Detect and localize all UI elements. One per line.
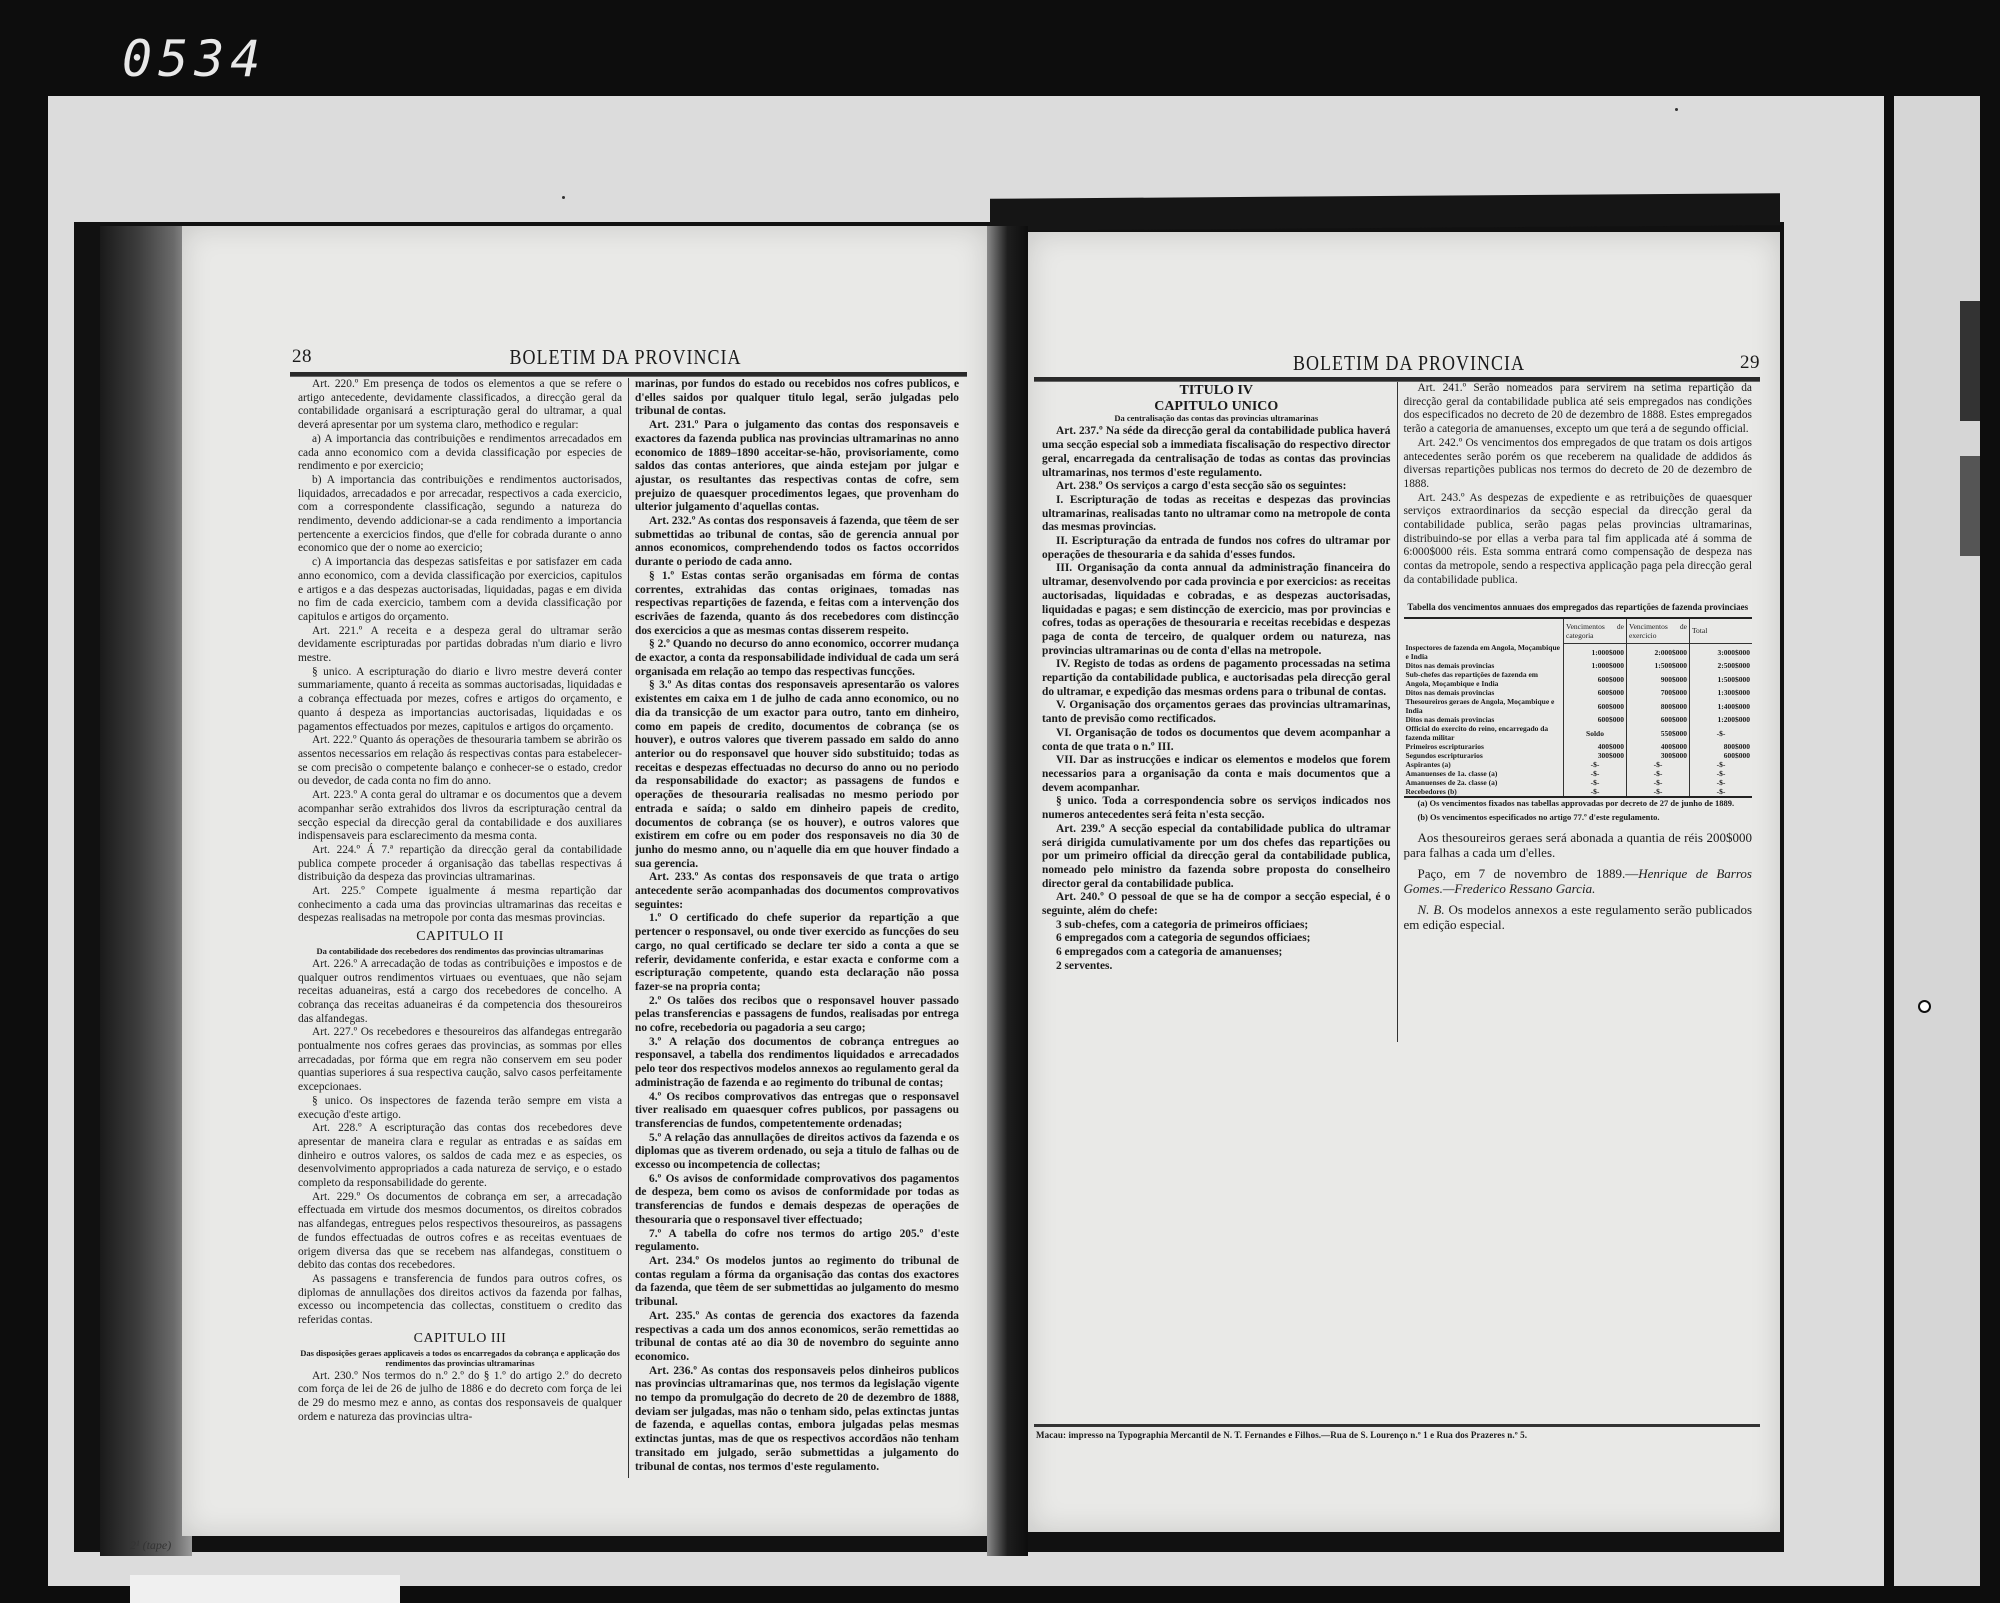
paragraph: Art. 220.º Em presença de todos os eleme… [298, 378, 622, 433]
amount-cell: 1:500$000 [1627, 661, 1690, 670]
paragraph: Art. 227.º Os recebedores e thesoureiros… [298, 1026, 622, 1095]
row-label: Inspectores de fazenda em Angola, Moçamb… [1404, 643, 1564, 661]
paragraph: § unico. Toda a correspondencia sobre os… [1042, 795, 1391, 822]
amount-cell: -$- [1627, 778, 1690, 787]
paragraph: Art. 240.º O pessoal de que se ha de com… [1042, 891, 1391, 918]
table-row: Primeiros escripturarios400$000400$00080… [1404, 742, 1753, 751]
frame-number: 0534 [122, 30, 266, 88]
articles-241-243: Art. 241.º Serão nomeados para servirem … [1404, 382, 1753, 588]
paragraph: 2.º Os talões dos recibos que o responsa… [635, 995, 959, 1036]
amount-cell: 1:200$000 [1690, 715, 1753, 724]
page-header: 28 BOLETIM DA PROVINCIA [182, 344, 987, 368]
nb-label: N. B. [1418, 902, 1445, 917]
column-right: marinas, por fundos do estado ou recebid… [628, 378, 965, 1478]
table-row: Ditos nas demais provincias1:000$0001:50… [1404, 661, 1753, 670]
amount-cell: -$- [1690, 787, 1753, 797]
paragraph: Art. 224.º Á 7.ª repartição da direcção … [298, 844, 622, 885]
section-heading: CAPITULO III [298, 1332, 622, 1346]
table-title: Tabella dos vencimentos annuaes dos empr… [1404, 602, 1753, 613]
nb-text: Os modelos annexos a este regulamento se… [1404, 902, 1753, 932]
paragraph: c) A importancia das despezas satisfeita… [298, 556, 622, 625]
row-label: Primeiros escripturarios [1404, 742, 1564, 751]
amount-cell: -$- [1564, 778, 1627, 787]
paragraph: VI. Organisação de todos os documentos q… [1042, 727, 1391, 754]
footnote-a: (a) Os vencimentos fixados nas tabellas … [1404, 798, 1753, 808]
paragraph: Art. 230.º Nos termos do n.º 2.º do § 1.… [298, 1370, 622, 1425]
column-left: TITULO IVCAPITULO UNICODa centralisação … [1036, 382, 1397, 1022]
column-right: Art. 241.º Serão nomeados para servirem … [1397, 382, 1759, 1042]
amount-cell: 600$000 [1564, 688, 1627, 697]
row-label: Official do exercito do reino, encarrega… [1404, 724, 1564, 742]
column-header: Vencimentos de exercicio [1627, 618, 1690, 644]
edge-shadow [1960, 301, 1980, 421]
row-label: Segundos escripturarios [1404, 751, 1564, 760]
paragraph: 1.º O certificado do chefe superior da r… [635, 912, 959, 994]
binding-shadow [100, 226, 192, 1556]
text-columns: TITULO IVCAPITULO UNICODa centralisação … [1036, 382, 1758, 1042]
paragraph: Art. 232.º As contas dos responsaveis á … [635, 515, 959, 570]
paragraph: Art. 241.º Serão nomeados para servirem … [1404, 382, 1753, 437]
table-row: Aspirantes (a)-$--$--$- [1404, 760, 1753, 769]
amount-cell: 600$000 [1564, 697, 1627, 715]
paragraph: 7.º A tabella do cofre nos termos do art… [635, 1228, 959, 1255]
signoff-place-date: Paço, em 7 de novembro de 1889.— [1418, 866, 1639, 881]
amount-cell: 800$000 [1690, 742, 1753, 751]
paragraph: As passagens e transferencia de fundos p… [298, 1273, 622, 1328]
amount-cell: 800$000 [1627, 697, 1690, 715]
amount-cell: 600$000 [1564, 715, 1627, 724]
table-row: Ditos nas demais provincias600$000700$00… [1404, 688, 1753, 697]
row-label: Amanuenses de 1a. classe (a) [1404, 769, 1564, 778]
amount-cell: 2:500$000 [1690, 661, 1753, 670]
section-subtitle: Da centralisação das contas das provinci… [1042, 413, 1391, 423]
amount-cell: -$- [1690, 778, 1753, 787]
paragraph: VII. Dar as instrucções e indicar os ele… [1042, 754, 1391, 795]
paragraph: Art. 225.º Compete igualmente á mesma re… [298, 885, 622, 926]
header-rule [290, 372, 967, 377]
paragraph: 3 sub-chefes, com a categoria de primeir… [1042, 919, 1391, 933]
section-heading: CAPITULO UNICO [1042, 400, 1391, 414]
paragraph: I. Escripturação de todas as receitas e … [1042, 494, 1391, 535]
column-left: Art. 220.º Em presença de todos os eleme… [292, 378, 628, 1478]
amount-cell: 600$000 [1627, 715, 1690, 724]
paragraph: Art. 235.º As contas de gerencia dos exa… [635, 1310, 959, 1365]
paragraph: IV. Registo de todas as ordens de pagame… [1042, 658, 1391, 699]
printer-imprint: Macau: impresso na Typographia Mercantil… [1036, 1430, 1760, 1440]
table-row: Official do exercito do reino, encarrega… [1404, 724, 1753, 742]
amount-cell: -$- [1627, 769, 1690, 778]
paragraph: § 2.º Quando no decurso do anno economic… [635, 638, 959, 679]
paragraph: 5.º A relação das annullações de direito… [635, 1132, 959, 1173]
row-label: Ditos nas demais provincias [1404, 661, 1564, 670]
left-page: 28 BOLETIM DA PROVINCIA Art. 220.º Em pr… [182, 226, 987, 1536]
amount-cell: 400$000 [1627, 742, 1690, 751]
section-subtitle: Das disposições geraes applicaveis a tod… [298, 1348, 622, 1368]
paragraph: Art. 233.º As contas dos responsaveis de… [635, 871, 959, 912]
running-title: BOLETIM DA PROVINCIA [509, 345, 741, 370]
paragraph: § unico. Os inspectores de fazenda terão… [298, 1095, 622, 1122]
book-gutter [987, 226, 1028, 1556]
paragraph: Art. 222.º Quanto ás operações de thesou… [298, 734, 622, 789]
amount-cell: 1:000$000 [1564, 661, 1627, 670]
table-row: Amanuenses de 2a. classe (a)-$--$--$- [1404, 778, 1753, 787]
paragraph: Art. 243.º As despezas de expediente e a… [1404, 492, 1753, 588]
table-row: Thesoureiros geraes de Angola, Moçambiqu… [1404, 697, 1753, 715]
table-row: Ditos nas demais provincias600$000600$00… [1404, 715, 1753, 724]
column-header: Total [1690, 618, 1753, 644]
table-row: Segundos escripturarios300$000300$000600… [1404, 751, 1753, 760]
right-page: BOLETIM DA PROVINCIA 29 TITULO IVCAPITUL… [1028, 232, 1780, 1532]
salary-table: Vencimentos de categoriaVencimentos de e… [1404, 617, 1753, 799]
section-heading: CAPITULO II [298, 930, 622, 944]
paragraph: § unico. A escripturação do diario e liv… [298, 666, 622, 735]
row-label: Aspirantes (a) [1404, 760, 1564, 769]
paragraph: 6 empregados com a categoria de amanuens… [1042, 946, 1391, 960]
page-number: 28 [292, 346, 312, 368]
book-board-edge [990, 193, 1780, 231]
amount-cell: 600$000 [1690, 751, 1753, 760]
paragraph: V. Organisação dos orçamentos geraes das… [1042, 699, 1391, 726]
amount-cell: 400$000 [1564, 742, 1627, 751]
paragraph: a) A importancia das contribuições e ren… [298, 433, 622, 474]
amount-cell: 1:300$000 [1690, 688, 1753, 697]
paragraph: Art. 229.º Os documentos de cobrança em … [298, 1191, 622, 1273]
row-label: Ditos nas demais provincias [1404, 688, 1564, 697]
amount-cell: 3:000$000 [1690, 643, 1753, 661]
table-row: Amanuenses de 1a. classe (a)-$--$--$- [1404, 769, 1753, 778]
row-label: Ditos nas demais provincias [1404, 715, 1564, 724]
column-header: Vencimentos de categoria [1564, 618, 1627, 644]
table-header-row: Vencimentos de categoriaVencimentos de e… [1404, 618, 1753, 644]
paragraph: Art. 238.º Os serviços a cargo d'esta se… [1042, 480, 1391, 494]
signoff: Paço, em 7 de novembro de 1889.—Henrique… [1404, 866, 1753, 896]
closing-paragraph: Aos thesoureiros geraes será abonada a q… [1404, 830, 1753, 860]
paragraph: b) A importancia das contribuições e ren… [298, 474, 622, 556]
paragraph: Art. 228.º A escripturação das contas do… [298, 1122, 622, 1191]
amount-cell: 1:000$000 [1564, 643, 1627, 661]
amount-cell: 1:500$000 [1690, 670, 1753, 688]
footnote-b: (b) Os vencimentos especificados no arti… [1404, 812, 1753, 822]
page-header: BOLETIM DA PROVINCIA 29 [1028, 350, 1780, 374]
table-body: Inspectores de fazenda em Angola, Moçamb… [1404, 643, 1753, 797]
amount-cell: 900$000 [1627, 670, 1690, 688]
paragraph: Art. 234.º Os modelos juntos ao regiment… [635, 1255, 959, 1310]
row-label: Sub-chefes das repartições de fazenda em… [1404, 670, 1564, 688]
paragraph: 3.º A relação dos documentos de cobrança… [635, 1036, 959, 1091]
punch-hole [1918, 1000, 1931, 1013]
amount-cell: -$- [1690, 724, 1753, 742]
text-columns: Art. 220.º Em presença de todos os eleme… [292, 378, 965, 1478]
paragraph: Art. 226.º A arrecadação de todas as con… [298, 958, 622, 1027]
paragraph: Art. 236.º As contas dos responsaveis pe… [635, 1365, 959, 1475]
paragraph: 2 serventes. [1042, 960, 1391, 974]
paragraph: II. Escripturação da entrada de fundos n… [1042, 535, 1391, 562]
amount-cell: 550$000 [1627, 724, 1690, 742]
paragraph: Art. 242.º Os vencimentos dos empregados… [1404, 437, 1753, 492]
nota-bene: N. B. Os modelos annexos a este regulame… [1404, 902, 1753, 932]
amount-cell: -$- [1564, 787, 1627, 797]
amount-cell: 300$000 [1627, 751, 1690, 760]
page-number: 29 [1740, 352, 1760, 374]
paragraph: III. Organisação da conta annual da admi… [1042, 562, 1391, 658]
amount-cell: 600$000 [1564, 670, 1627, 688]
column-header [1404, 618, 1564, 644]
paragraph: § 3.º As ditas contas dos responsaveis a… [635, 679, 959, 871]
amount-cell: -$- [1564, 760, 1627, 769]
row-label: Amanuenses de 2a. classe (a) [1404, 778, 1564, 787]
amount-cell: 700$000 [1627, 688, 1690, 697]
section-heading: TITULO IV [1042, 384, 1391, 398]
amount-cell: 300$000 [1564, 751, 1627, 760]
table-row: Sub-chefes das repartições de fazenda em… [1404, 670, 1753, 688]
bottom-label-strip [130, 1575, 400, 1603]
section-subtitle: Da contabilidade dos recebedores dos ren… [298, 946, 622, 956]
amount-cell: Soldo [1564, 724, 1627, 742]
dust-speck [562, 196, 565, 199]
dust-speck [1675, 108, 1678, 111]
row-label: Thesoureiros geraes de Angola, Moçambiqu… [1404, 697, 1564, 715]
amount-cell: -$- [1627, 787, 1690, 797]
paragraph: 6 empregados com a categoria de segundos… [1042, 932, 1391, 946]
amount-cell: -$- [1564, 769, 1627, 778]
amount-cell: 1:400$000 [1690, 697, 1753, 715]
amount-cell: -$- [1690, 760, 1753, 769]
paragraph: 4.º Os recibos comprovativos das entrega… [635, 1091, 959, 1132]
footer-rule [1034, 1424, 1760, 1427]
paragraph: Art. 237.º Na séde da direcção geral da … [1042, 425, 1391, 480]
running-title: BOLETIM DA PROVINCIA [1293, 351, 1525, 376]
amount-cell: 2:000$000 [1627, 643, 1690, 661]
paragraph: Art. 223.º A conta geral do ultramar e o… [298, 789, 622, 844]
paragraph: marinas, por fundos do estado ou recebid… [635, 378, 959, 419]
table-row: Inspectores de fazenda em Angola, Moçamb… [1404, 643, 1753, 661]
paragraph: 6.º Os avisos de conformidade comprovati… [635, 1173, 959, 1228]
row-label: Recebedores (b) [1404, 787, 1564, 797]
table-row: Recebedores (b)-$--$--$- [1404, 787, 1753, 797]
paragraph: Art. 231.º Para o julgamento das contas … [635, 419, 959, 515]
amount-cell: -$- [1690, 769, 1753, 778]
amount-cell: -$- [1627, 760, 1690, 769]
tape-label: 2¹ (tape) [130, 1538, 230, 1556]
paragraph: Art. 239.º A secção especial da contabil… [1042, 823, 1391, 892]
paragraph: § 1.º Estas contas serão organisadas em … [635, 570, 959, 639]
paragraph: Art. 221.º A receita e a despeza geral d… [298, 625, 622, 666]
edge-shadow [1960, 456, 1980, 556]
adjacent-page-edge [1894, 96, 1980, 1586]
